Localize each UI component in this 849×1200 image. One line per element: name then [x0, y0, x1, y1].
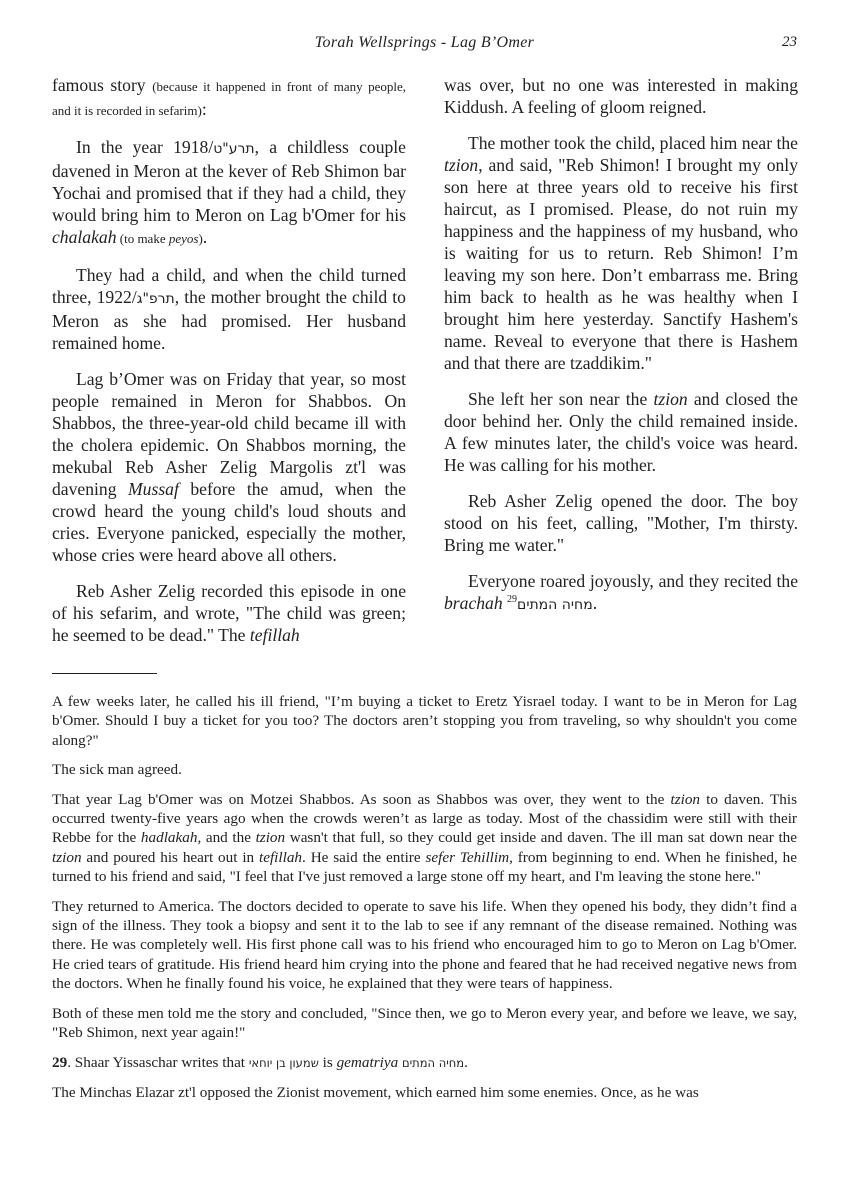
paragraph: In the year 1918/תרע"ט, a childless coup… [52, 136, 406, 250]
running-header: Torah Wellsprings - Lag B’Omer 23 [0, 34, 849, 58]
paragraph: Lag b’Omer was on Friday that year, so m… [52, 368, 406, 566]
footnote-paragraph: Both of these men told me the story and … [52, 1004, 797, 1043]
hebrew-text: תרע"ט [213, 141, 254, 157]
paragraph: Reb Asher Zelig opened the door. The boy… [444, 490, 798, 556]
paragraph: Everyone roared joyously, and they recit… [444, 570, 798, 616]
hebrew-text: מחיה המתים [402, 1056, 464, 1070]
paragraph: was over, but no one was interested in m… [444, 74, 798, 118]
paragraph: famous story (because it happened in fro… [52, 74, 406, 122]
footnote-number: 29 [52, 1054, 67, 1071]
footnote-paragraph: They returned to America. The doctors de… [52, 897, 797, 994]
footnote-paragraph: The sick man agreed. [52, 760, 797, 779]
left-column: famous story (because it happened in fro… [52, 74, 406, 660]
footnotes-section: A few weeks later, he called his ill fri… [52, 692, 797, 1112]
paragraph: She left her son near the tzion and clos… [444, 388, 798, 476]
running-title: Torah Wellsprings - Lag B’Omer [0, 34, 849, 52]
footnote-29: 29. Shaar Yissaschar writes that שמעון ב… [52, 1053, 797, 1073]
footnote-paragraph: A few weeks later, he called his ill fri… [52, 692, 797, 750]
paragraph: They had a child, and when the child tur… [52, 264, 406, 354]
hebrew-text: תרפ"ג [137, 291, 175, 307]
paragraph: The mother took the child, placed him ne… [444, 132, 798, 374]
footnote-ref[interactable]: 29 [507, 594, 517, 605]
footnote-separator [52, 673, 157, 674]
footnote-paragraph: The Minchas Elazar zt'l opposed the Zion… [52, 1083, 797, 1102]
hebrew-text: שמעון בן יוחאי [249, 1056, 319, 1070]
page-number: 23 [782, 34, 797, 51]
paragraph: Reb Asher Zelig recorded this episode in… [52, 580, 406, 646]
footnote-paragraph: That year Lag b'Omer was on Motzei Shabb… [52, 790, 797, 887]
hebrew-text: מחיה המתים [517, 597, 593, 613]
right-column: was over, but no one was interested in m… [444, 74, 798, 630]
